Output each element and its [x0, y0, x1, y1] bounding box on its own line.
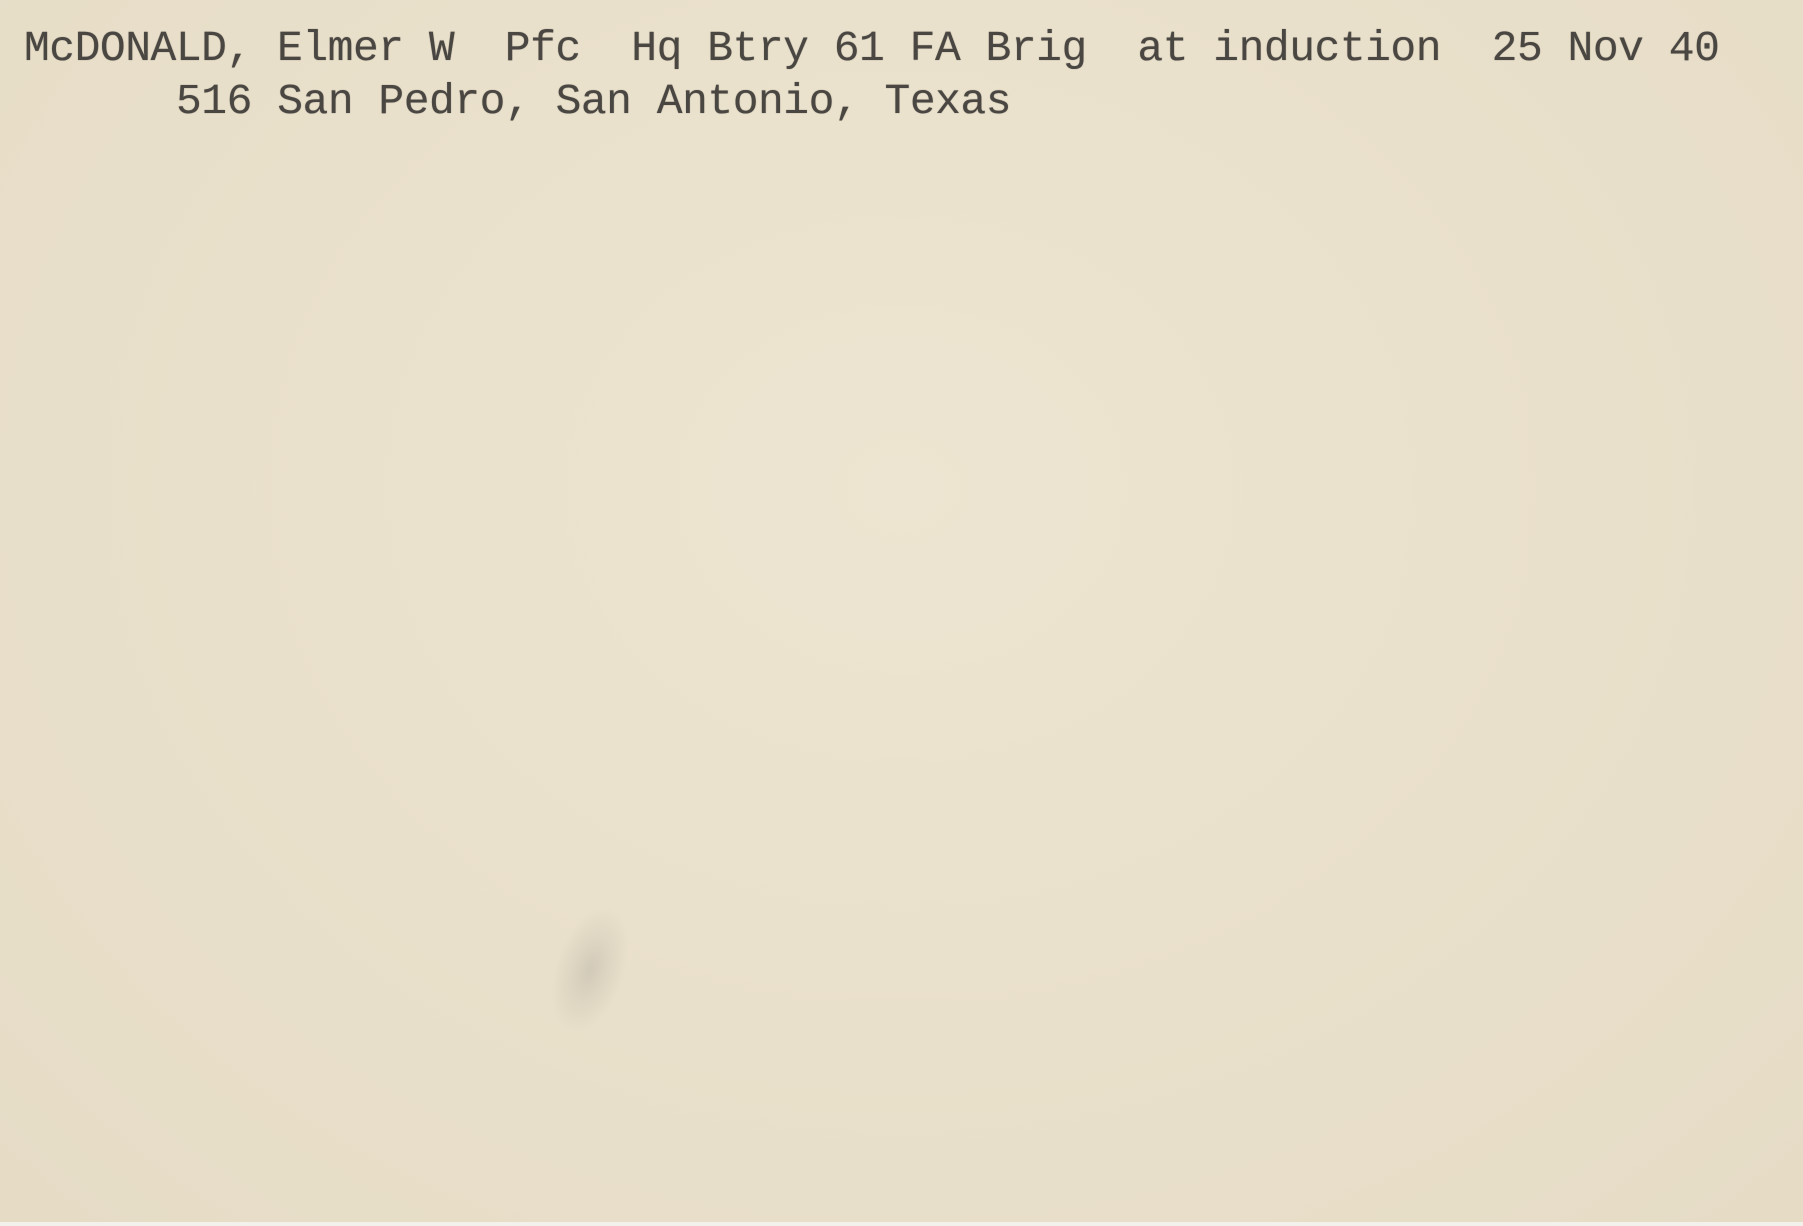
paper-smudge — [537, 897, 644, 1042]
index-card: McDONALD, Elmer W Pfc Hq Btry 61 FA Brig… — [0, 0, 1803, 1222]
scan-border — [0, 1222, 1803, 1226]
card-header-line: McDONALD, Elmer W Pfc Hq Btry 61 FA Brig… — [24, 24, 1719, 73]
card-address-line: 516 San Pedro, San Antonio, Texas — [176, 77, 1011, 126]
